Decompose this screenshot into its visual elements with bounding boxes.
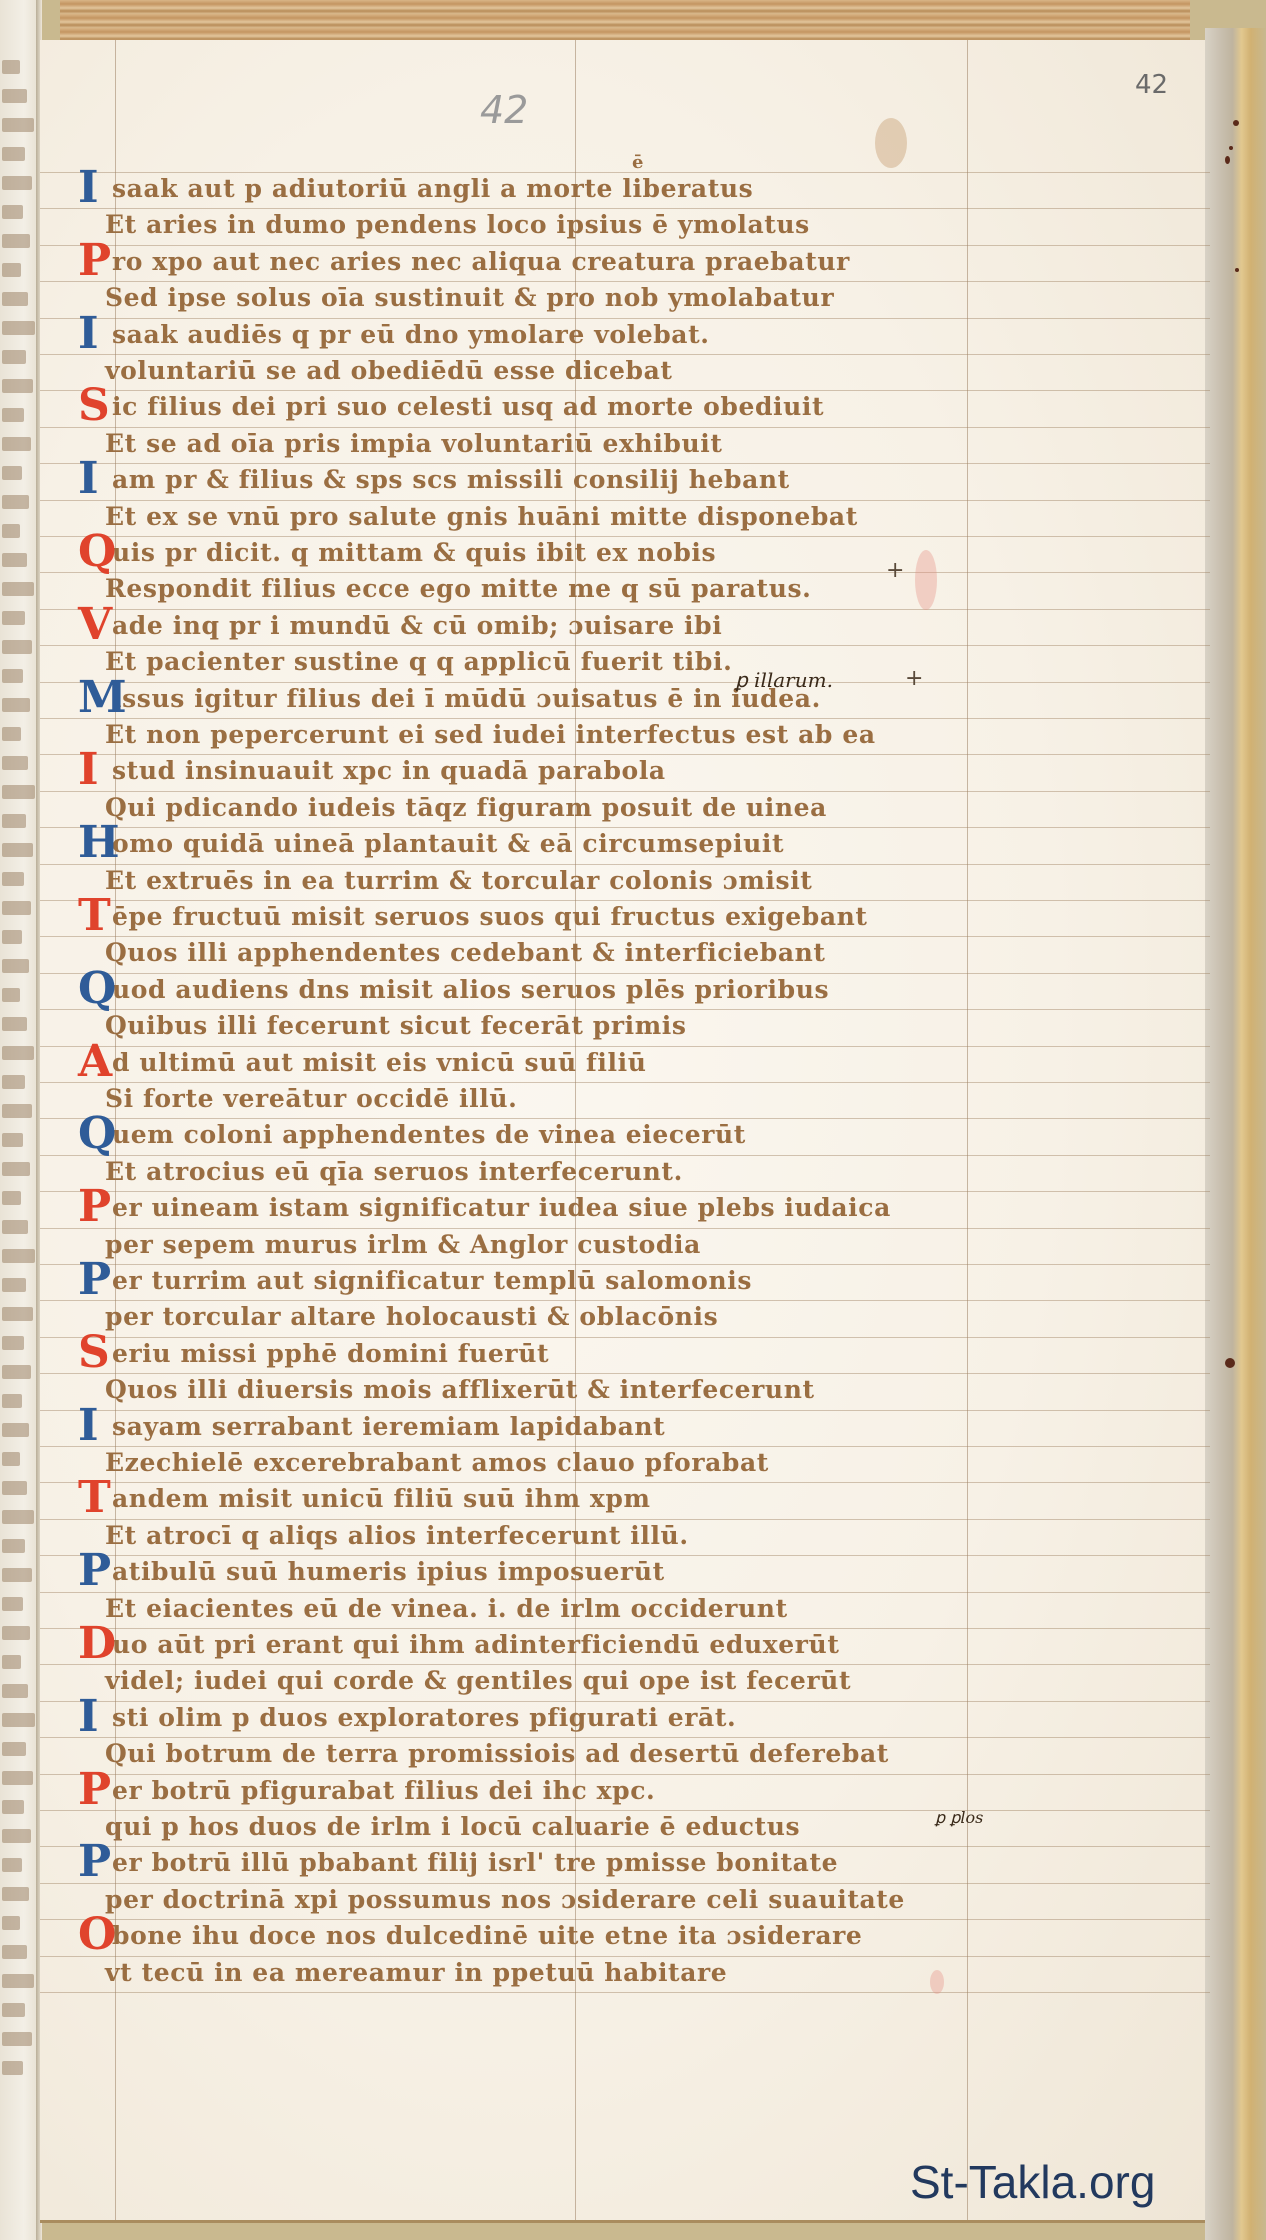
manuscript-line: Et non pepercerunt ei sed iudei interfec…	[105, 718, 876, 752]
facing-page-text	[2, 756, 28, 770]
facing-page-text	[2, 60, 20, 74]
decorated-initial: P	[78, 1840, 111, 1884]
manuscript-line: Et atrocī q aliqs alios interfecerunt il…	[105, 1519, 689, 1553]
manuscript-line: omo quidā uineā plantauit & eā circumsep…	[112, 827, 784, 861]
wormhole-mark	[1233, 120, 1239, 126]
manuscript-line: vt tecū in ea mereamur in ppetuū habitar…	[105, 1956, 727, 1990]
manuscript-line: Ezechielē excerebrabant amos clauo pfora…	[105, 1446, 769, 1480]
decorated-initial: A	[78, 1040, 112, 1084]
wormhole-mark	[1225, 1358, 1235, 1368]
manuscript-line: er turrim aut significatur templū salomo…	[112, 1264, 752, 1298]
stain	[875, 118, 907, 168]
decorated-initial: Q	[78, 1112, 116, 1156]
manuscript-line: Quos illi diuersis mois afflixerūt & int…	[105, 1373, 815, 1407]
manuscript-line: ro xpo aut nec aries nec aliqua creatura…	[112, 245, 850, 279]
facing-page-text	[2, 959, 29, 973]
binding-edge	[1205, 28, 1266, 2240]
facing-page-text	[2, 1452, 20, 1466]
manuscript-line: uod audiens dns misit alios seruos plēs …	[112, 973, 829, 1007]
facing-page-text	[2, 205, 23, 219]
manuscript-line: per doctrinā xpi possumus nos ɔsiderare …	[105, 1883, 905, 1917]
facing-page-text	[2, 1887, 29, 1901]
manuscript-line: saak aut p adiutoriū angli a morte liber…	[112, 172, 753, 206]
facing-page-text	[2, 147, 25, 161]
manuscript-line: Et atrocius eū qīa seruos interfecerunt.	[105, 1155, 683, 1189]
facing-page-text	[2, 437, 31, 451]
manuscript-line: issus igitur filius dei ī mūdū ɔuisatus …	[112, 682, 821, 716]
manuscript-line: Et aries in dumo pendens loco ipsius ē y…	[105, 208, 810, 242]
facing-page-text	[2, 1974, 34, 1988]
margin-gloss: ꝑ illarum.	[735, 668, 833, 692]
manuscript-line: ic filius dei pri suo celesti usq ad mor…	[112, 390, 824, 424]
decorated-initial: S	[78, 384, 110, 428]
superscript-abbreviation: ē	[632, 152, 643, 173]
facing-page-text	[2, 814, 26, 828]
facing-page-text	[2, 988, 20, 1002]
facing-page-text	[2, 1104, 32, 1118]
facing-page-text	[2, 1510, 34, 1524]
decorated-initial: P	[78, 1768, 111, 1812]
manuscript-line: Et ex se vnū pro salute gnis huāni mitte…	[105, 500, 858, 534]
facing-page-text	[2, 785, 35, 799]
manuscript-line: videl; iudei qui corde & gentiles qui op…	[105, 1664, 851, 1698]
facing-page-text	[2, 1191, 21, 1205]
facing-page-text	[2, 1220, 28, 1234]
facing-page-text	[2, 1655, 21, 1669]
decorated-initial: O	[78, 1913, 116, 1957]
manuscript-line: uo aūt pri erant qui ihm adinterficiendū…	[112, 1628, 839, 1662]
manuscript-line: Quos illi apphendentes cedebant & interf…	[105, 936, 826, 970]
watermark: St-Takla.org	[910, 2155, 1155, 2209]
facing-page-text	[2, 234, 30, 248]
wormhole-mark	[1235, 268, 1239, 272]
decorated-initial: I	[78, 312, 99, 356]
facing-page-text	[2, 1771, 33, 1785]
manuscript-line: Et eiacientes eū de vinea. i. de irlm oc…	[105, 1592, 788, 1626]
manuscript-line: qui p hos duos de irlm i locū caluarie ē…	[105, 1810, 800, 1844]
facing-page-text	[2, 263, 21, 277]
facing-page-text	[2, 1713, 35, 1727]
facing-page-text	[2, 1278, 26, 1292]
manuscript-line: Qui botrum de terra promissiois ad deser…	[105, 1737, 889, 1771]
manuscript-line: ēpe fructuū misit seruos suos qui fructu…	[112, 900, 868, 934]
facing-page-text	[2, 1133, 23, 1147]
decorated-initial: I	[78, 457, 99, 501]
facing-page-text	[2, 466, 22, 480]
facing-page-text	[2, 1307, 33, 1321]
facing-page-text	[2, 611, 25, 625]
facing-page-text	[2, 582, 34, 596]
manuscript-line: Et se ad oīa pris impia voluntariū exhib…	[105, 427, 723, 461]
facing-page-text	[2, 1017, 27, 1031]
folio-number-ink: 42	[1135, 70, 1168, 100]
facing-page-text	[2, 1539, 25, 1553]
facing-page-text	[2, 1800, 24, 1814]
manuscript-line: uem coloni apphendentes de vinea eiecerū…	[112, 1118, 746, 1152]
decorated-initial: P	[78, 1549, 111, 1593]
manuscript-line: Quibus illi fecerunt sicut fecerāt primi…	[105, 1009, 687, 1043]
decorated-initial: Q	[78, 967, 116, 1011]
manuscript-line: Et extruēs in ea turrim & torcular colon…	[105, 864, 812, 898]
facing-page-text	[2, 1249, 35, 1263]
decorated-initial: H	[78, 821, 120, 865]
manuscript-line: eriu missi pphē domini fuerūt	[112, 1337, 549, 1371]
facing-page-edge	[0, 0, 40, 2240]
manuscript-line: er botrū illū pbabant filij isrl' tre pm…	[112, 1846, 838, 1880]
facing-page-text	[2, 2003, 25, 2017]
facing-page-text	[2, 321, 35, 335]
facing-page-text	[2, 1829, 31, 1843]
facing-page-text	[2, 1075, 25, 1089]
facing-page-text	[2, 379, 33, 393]
decorated-initial: S	[78, 1331, 110, 1375]
facing-page-text	[2, 1336, 24, 1350]
right-margin-rule	[967, 40, 968, 2220]
decorated-initial: I	[78, 166, 99, 210]
facing-page-text	[2, 1945, 27, 1959]
margin-gloss: ꝑ ꝑlos	[935, 1808, 983, 1827]
facing-page-text	[2, 1394, 22, 1408]
manuscript-line: uis pr dicit. q mittam & quis ibit ex no…	[112, 536, 716, 570]
facing-page-text	[2, 1568, 32, 1582]
manuscript-line: sayam serrabant ieremiam lapidabant	[112, 1410, 665, 1444]
facing-page-text	[2, 408, 24, 422]
facing-page-text	[2, 1597, 23, 1611]
decorated-initial: P	[78, 1258, 111, 1302]
decorated-initial: M	[78, 676, 127, 720]
manuscript-line: sti olim p duos exploratores pfigurati e…	[112, 1701, 736, 1735]
manuscript-line: ade inq pr i mundū & cū omib; ɔuisare ib…	[112, 609, 722, 643]
facing-page-text	[2, 524, 20, 538]
manuscript-line: Respondit filius ecce ego mitte me q sū …	[105, 572, 811, 606]
facing-page-text	[2, 1365, 31, 1379]
facing-page-text	[2, 930, 22, 944]
facing-page-text	[2, 727, 21, 741]
manuscript-line: er botrū pfigurabat filius dei ihc xpc.	[112, 1774, 655, 1808]
facing-page-text	[2, 843, 33, 857]
top-page-edges	[60, 0, 1190, 45]
wormhole-mark	[1229, 146, 1233, 150]
facing-page-text	[2, 553, 27, 567]
manuscript-line: d ultimū aut misit eis vnicū suū filiū	[112, 1046, 646, 1080]
facing-page-text	[2, 2032, 32, 2046]
manuscript-line: stud insinuauit xpc in quadā parabola	[112, 754, 666, 788]
decorated-initial: I	[78, 1695, 99, 1739]
facing-page-text	[2, 901, 31, 915]
facing-page-text	[2, 292, 28, 306]
manuscript-line: Et pacienter sustine q q applicū fuerit …	[105, 645, 732, 679]
facing-page-text	[2, 176, 32, 190]
manuscript-line: saak audiēs q pr eū dno ymolare volebat.	[112, 318, 710, 352]
manuscript-line: Qui pdicando iudeis tāqz figuram posuit …	[105, 791, 827, 825]
facing-page-text	[2, 350, 26, 364]
decorated-initial: T	[78, 1476, 111, 1520]
margin-cross: +	[905, 666, 923, 691]
manuscript-line: Sed ipse solus oīa sustinuit & pro nob y…	[105, 281, 834, 315]
manuscript-line: bone ihu doce nos dulcedinē uite etne it…	[112, 1919, 862, 1953]
facing-page-text	[2, 698, 30, 712]
facing-page-text	[2, 1626, 30, 1640]
margin-cross: +	[886, 558, 904, 583]
decorated-initial: D	[78, 1622, 116, 1666]
facing-page-text	[2, 1162, 30, 1176]
facing-page-text	[2, 640, 32, 654]
facing-page-text	[2, 495, 29, 509]
manuscript-line: per sepem murus irlm & Anglor custodia	[105, 1228, 701, 1262]
decorated-initial: I	[78, 1404, 99, 1448]
decorated-initial: T	[78, 894, 111, 938]
stain	[915, 550, 937, 610]
folio-number-pencil: 42	[480, 88, 528, 132]
manuscript-line: voluntariū se ad obediēdū esse dicebat	[105, 354, 673, 388]
decorated-initial: P	[78, 239, 111, 283]
facing-page-text	[2, 669, 23, 683]
facing-page-text	[2, 1423, 29, 1437]
facing-page-text	[2, 1046, 34, 1060]
facing-page-text	[2, 872, 24, 886]
facing-page-text	[2, 1742, 26, 1756]
manuscript-line: atibulū suū humeris ipius imposuerūt	[112, 1555, 665, 1589]
facing-page-text	[2, 1481, 27, 1495]
facing-page-text	[2, 2061, 23, 2075]
facing-page-text	[2, 1916, 20, 1930]
decorated-initial: V	[78, 603, 112, 647]
ruled-line	[40, 1992, 1210, 1993]
manuscript-line: er uineam istam significatur iudea siue …	[112, 1191, 891, 1225]
manuscript-line: andem misit unicū filiū suū ihm xpm	[112, 1482, 651, 1516]
facing-page-text	[2, 1684, 28, 1698]
manuscript-line: Si forte vereātur occidē illū.	[105, 1082, 517, 1116]
manuscript-line: am pr & filius & sps scs missili consili…	[112, 463, 790, 497]
facing-page-text	[2, 1858, 22, 1872]
facing-page-text	[2, 89, 27, 103]
decorated-initial: Q	[78, 530, 116, 574]
facing-page-text	[2, 118, 34, 132]
wormhole-mark	[1225, 156, 1230, 164]
stain	[930, 1970, 944, 1994]
decorated-initial: P	[78, 1185, 111, 1229]
manuscript-line: per torcular altare holocausti & oblacōn…	[105, 1300, 718, 1334]
decorated-initial: I	[78, 748, 99, 792]
